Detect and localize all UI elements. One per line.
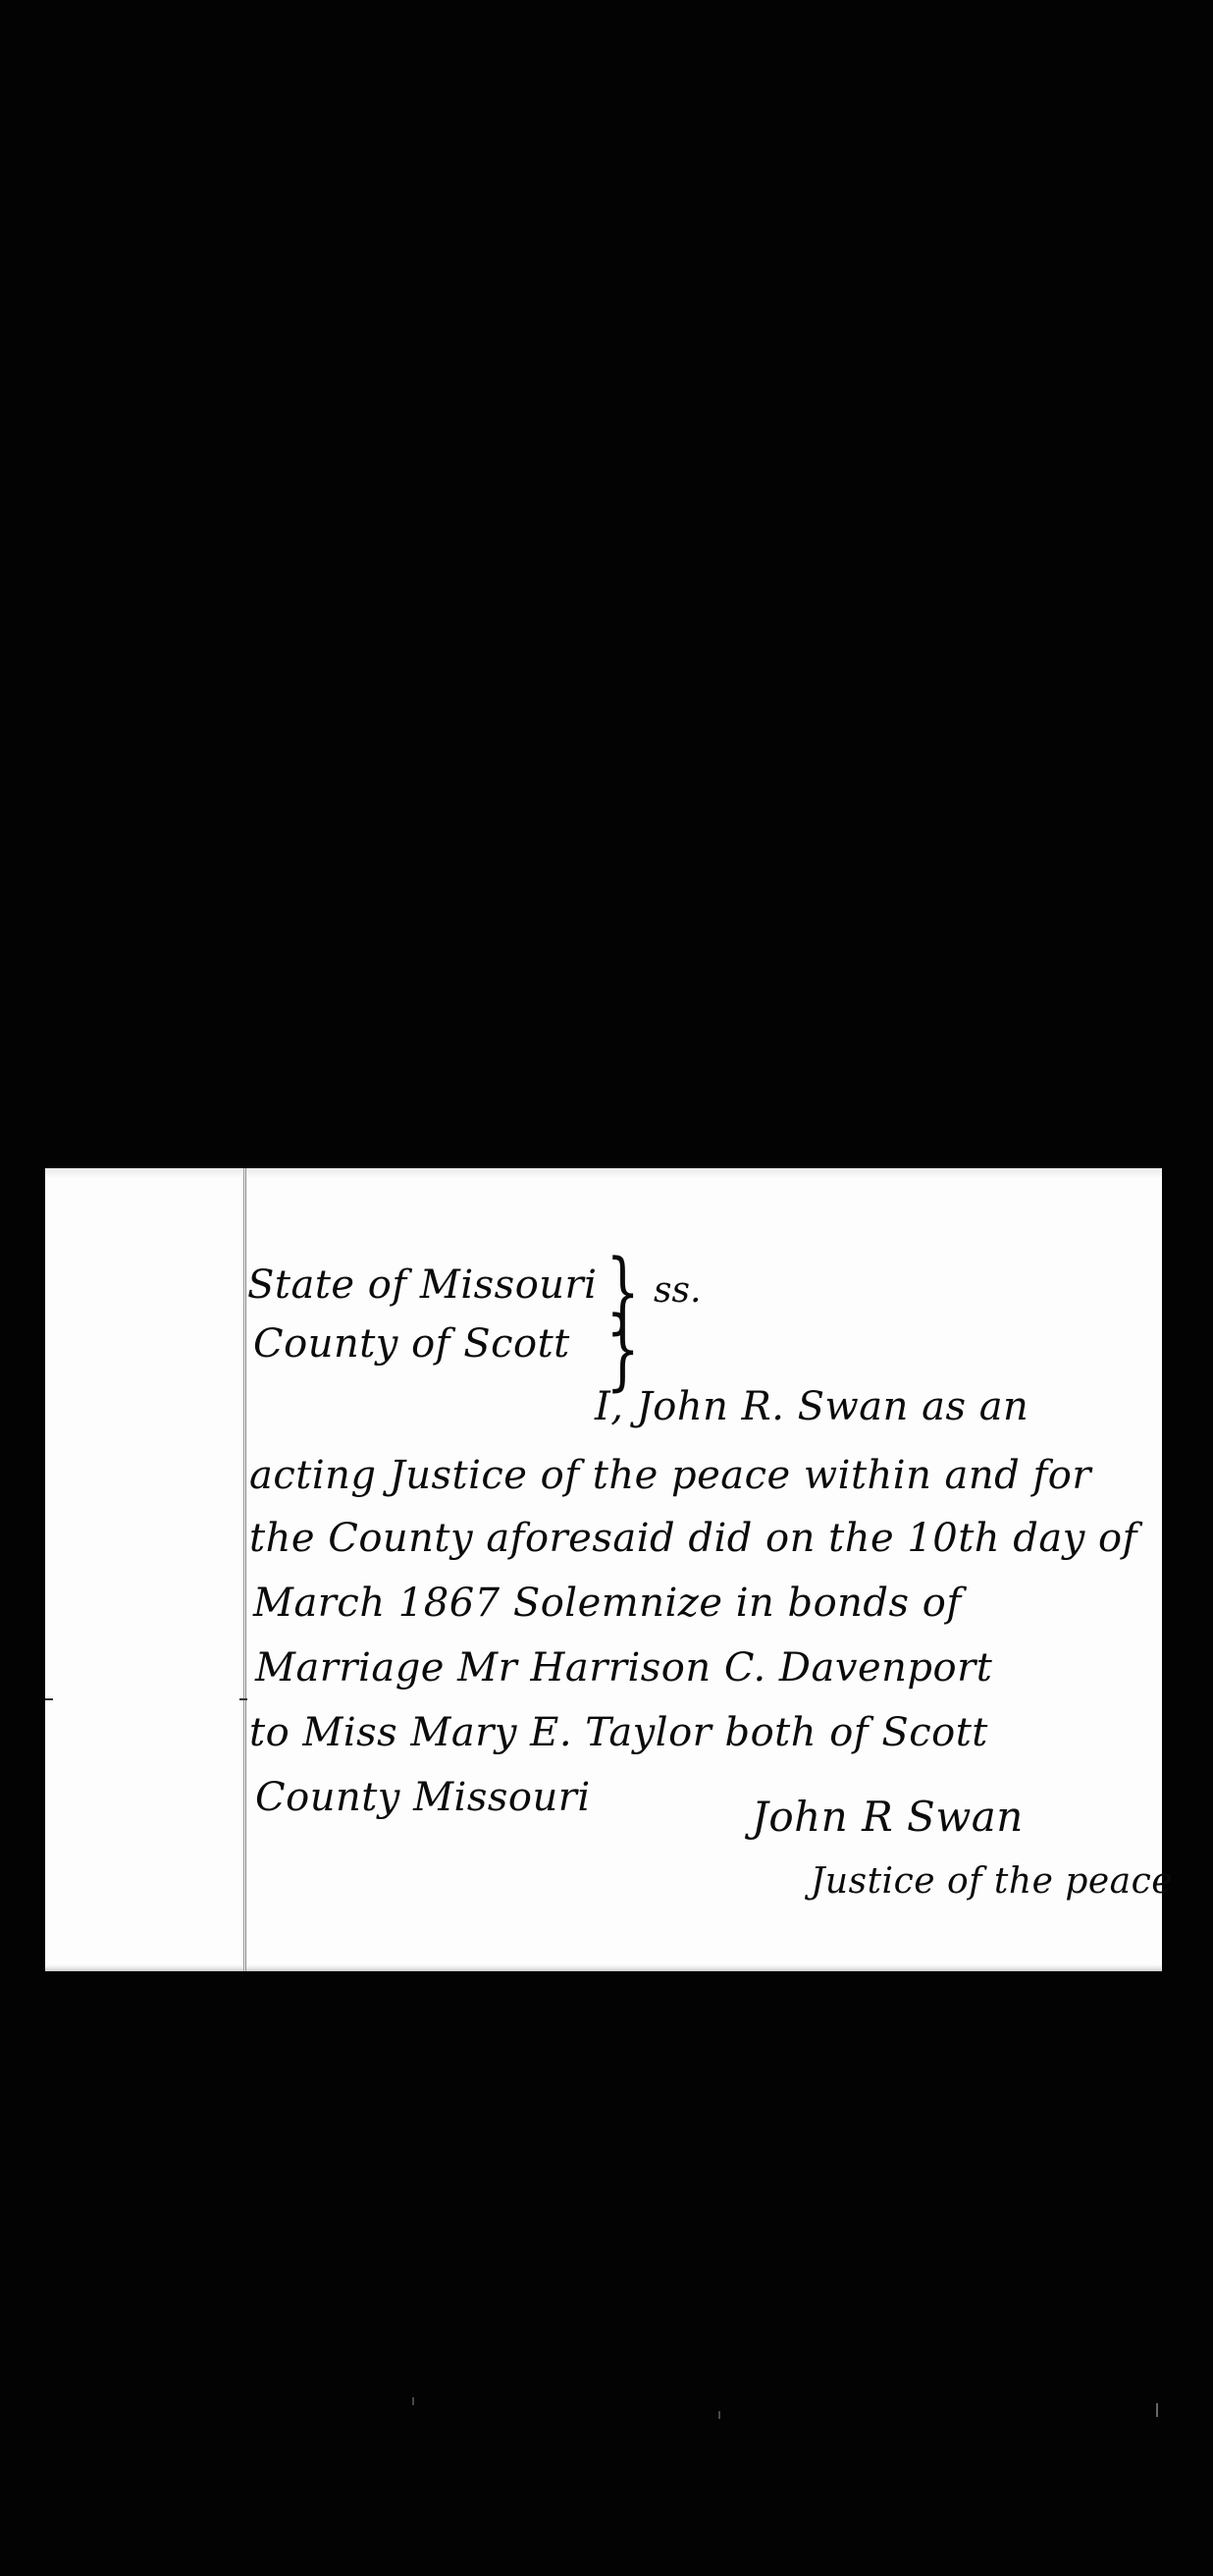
body-line-7: County Missouri	[255, 1775, 591, 1820]
scan-speck	[1156, 2403, 1158, 2417]
signature-title: Justice of the peace	[811, 1861, 1173, 1902]
certificate-paper: State of Missouri County of Scott } } ss…	[45, 1168, 1162, 1971]
body-line-1: I, John R. Swan as an	[595, 1384, 1028, 1429]
body-line-5: Marriage Mr Harrison C. Davenport	[255, 1645, 992, 1690]
scan-speck	[718, 2411, 720, 2419]
margin-tick	[239, 1698, 247, 1700]
county-line: County of Scott	[253, 1321, 570, 1367]
state-line: State of Missouri	[247, 1262, 597, 1308]
brace-bottom: }	[606, 1306, 639, 1394]
body-line-3: the County aforesaid did on the 10th day…	[249, 1516, 1137, 1561]
body-line-6: to Miss Mary E. Taylor both of Scott	[249, 1710, 988, 1755]
ss-mark: ss.	[654, 1270, 701, 1311]
edge-tick	[45, 1698, 53, 1700]
scan-speck	[412, 2397, 414, 2405]
body-line-2: acting Justice of the peace within and f…	[249, 1453, 1091, 1498]
margin-rule	[243, 1168, 246, 1971]
body-line-4: March 1867 Solemnize in bonds of	[253, 1581, 962, 1626]
signature-name: John R Swan	[752, 1793, 1024, 1841]
